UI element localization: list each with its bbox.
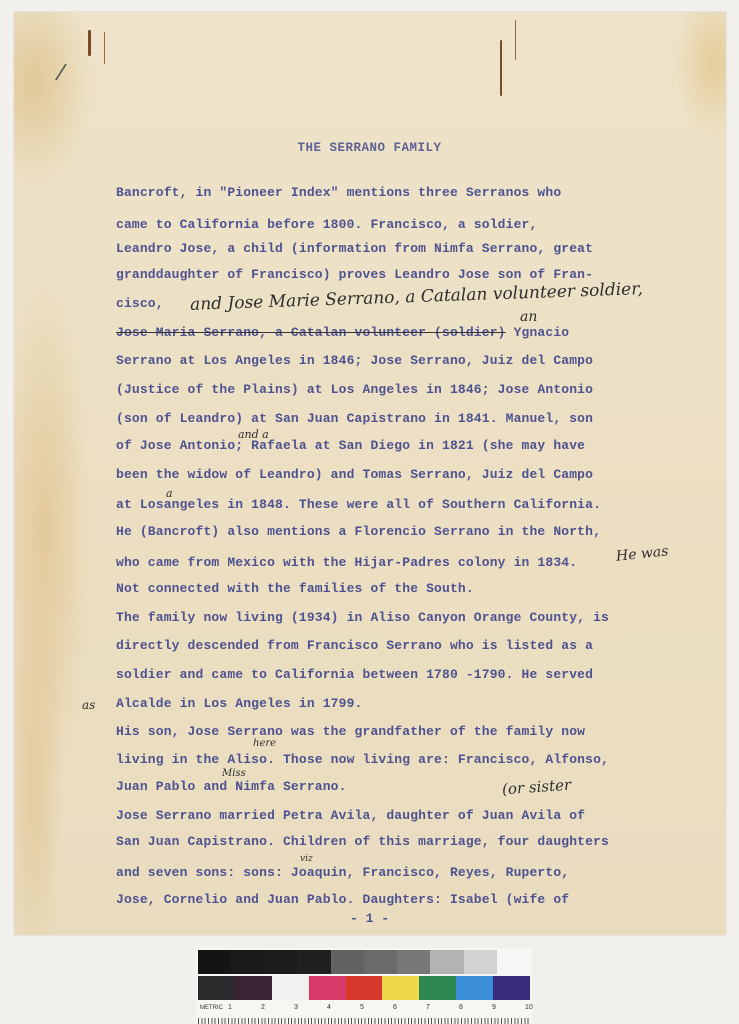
rust-mark — [104, 32, 105, 64]
gray-swatch — [198, 950, 231, 974]
handwritten-note: a — [166, 487, 173, 500]
typed-line: Leandro Jose, a child (information from … — [116, 241, 593, 256]
line-text: Ygnacio — [506, 325, 570, 340]
typed-line: (Justice of the Plains) at Los Angeles i… — [116, 382, 593, 397]
document-title: THE SERRANO FAMILY — [0, 141, 739, 155]
ruler-tick-label: 6 — [393, 1004, 397, 1011]
color-swatch — [493, 976, 530, 1000]
typed-line: Jose Serrano married Petra Avila, daught… — [116, 808, 585, 823]
gray-swatch — [397, 950, 430, 974]
typed-line: The family now living (1934) in Aliso Ca… — [116, 610, 609, 625]
typed-line: Jose, Cornelio and Juan Pablo. Daughters… — [116, 892, 569, 907]
typed-line: of Jose Antonio; Rafaela at San Diego in… — [116, 438, 585, 453]
ruler-tick-label: 7 — [426, 1004, 430, 1011]
typed-line: and seven sons: sons: Joaquin, Francisco… — [116, 865, 569, 880]
typed-line: (son of Leandro) at San Juan Capistrano … — [116, 411, 593, 426]
ruler-tick-label: 10 — [525, 1004, 533, 1011]
typed-line: cisco, — [116, 296, 164, 311]
typed-line: Juan Pablo and Nimfa Serrano. — [116, 779, 347, 794]
typed-line: at Losangeles in 1848. These were all of… — [116, 497, 601, 512]
ruler-label: METRIC — [200, 1005, 223, 1011]
handwritten-note: viz — [300, 854, 313, 864]
typed-line: Alcalde in Los Angeles in 1799. — [116, 696, 363, 711]
ruler-tick-label: 2 — [261, 1004, 265, 1011]
color-calibration-chart: METRIC 12345678910 — [196, 948, 532, 1024]
typed-line: Serrano at Los Angeles in 1846; Jose Ser… — [116, 353, 593, 368]
typed-line: Not connected with the families of the S… — [116, 581, 474, 596]
handwritten-note: as — [82, 698, 95, 712]
gray-swatch — [497, 950, 530, 974]
typed-line: granddaughter of Francisco) proves Leand… — [116, 267, 593, 282]
typed-line: He (Bancroft) also mentions a Florencio … — [116, 524, 601, 539]
handwritten-note: Miss — [222, 768, 246, 779]
typed-line: San Juan Capistrano. Children of this ma… — [116, 834, 609, 849]
typed-line: came to California before 1800. Francisc… — [116, 217, 537, 232]
ruler-tick-label: 8 — [459, 1004, 463, 1011]
color-swatch — [419, 976, 456, 1000]
ruler-tick-label: 4 — [327, 1004, 331, 1011]
typed-line: directly descended from Francisco Serran… — [116, 638, 593, 653]
gray-swatch — [331, 950, 364, 974]
typed-line: soldier and came to California between 1… — [116, 667, 593, 682]
typed-line: Jose Maria Serrano, a Catalan volunteer … — [116, 325, 569, 340]
grayscale-row — [198, 950, 530, 974]
color-swatch — [235, 976, 272, 1000]
rust-mark — [515, 20, 516, 60]
handwritten-note: and a — [238, 428, 269, 441]
typed-line: His son, Jose Serrano was the grandfathe… — [116, 724, 585, 739]
typed-line: living in the Aliso. Those now living ar… — [116, 752, 609, 767]
gray-swatch — [298, 950, 331, 974]
gray-swatch — [364, 950, 397, 974]
handwritten-note: an — [520, 309, 537, 325]
metric-ruler: METRIC 12345678910 — [198, 1002, 530, 1024]
typed-line: who came from Mexico with the Hijar-Padr… — [116, 555, 577, 570]
gray-swatch — [464, 950, 497, 974]
ruler-tick-label: 3 — [294, 1004, 298, 1011]
gray-swatch — [264, 950, 297, 974]
typed-line: Bancroft, in "Pioneer Index" mentions th… — [116, 185, 561, 200]
color-swatch — [456, 976, 493, 1000]
color-swatch — [272, 976, 309, 1000]
color-swatch — [382, 976, 419, 1000]
typed-line: been the widow of Leandro) and Tomas Ser… — [116, 467, 593, 482]
page-number: - 1 - — [0, 911, 739, 926]
rust-mark — [88, 30, 91, 56]
color-swatch — [198, 976, 235, 1000]
ruler-tick-label: 9 — [492, 1004, 496, 1011]
rust-mark — [500, 40, 502, 96]
gray-swatch — [430, 950, 463, 974]
color-swatch — [309, 976, 346, 1000]
struck-text: Jose Maria Serrano, a Catalan volunteer … — [116, 325, 506, 340]
color-swatch — [346, 976, 383, 1000]
color-row — [198, 976, 530, 1000]
gray-swatch — [231, 950, 264, 974]
handwritten-note: here — [253, 738, 276, 749]
ruler-tick-label: 5 — [360, 1004, 364, 1011]
ruler-tick-label: 1 — [228, 1004, 232, 1011]
